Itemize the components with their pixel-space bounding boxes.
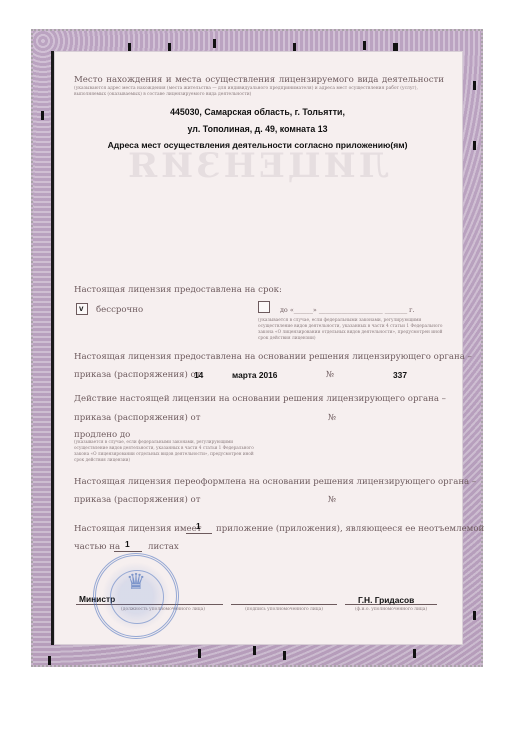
check-mark: v: [79, 304, 83, 313]
unlimited-label: бессрочно: [96, 305, 143, 315]
term-label: Настоящая лицензия предоставлена на срок…: [74, 285, 282, 295]
reissue-line-1: Настоящая лицензия переоформлена на осно…: [74, 477, 476, 487]
official-seal: ♛: [93, 553, 179, 639]
grant-number: 337: [393, 370, 407, 380]
appendix-count: 1: [196, 521, 201, 531]
grant-order-label: приказа (распоряжения) от: [74, 370, 201, 380]
address-line-3: Адреса мест осуществления деятельности с…: [0, 140, 515, 150]
name-caption: (ф.и.о. уполномоченного лица): [345, 607, 437, 613]
extension-line-1: Действие настоящей лицензии на основании…: [74, 394, 446, 404]
address-line-1: 445030, Самарская область, г. Тольятти,: [0, 107, 515, 117]
appendix-suffix: приложение (приложения), являющееся ее н…: [216, 524, 484, 534]
appendix-pages: 1: [125, 539, 130, 549]
extension-order-label: приказа (распоряжения) от: [74, 413, 201, 423]
grant-day: 14: [194, 370, 203, 380]
signature-caption: (подпись уполномоченного лица): [231, 607, 337, 613]
until-date-note: (указывается в случае, если федеральными…: [258, 318, 454, 342]
unlimited-checkbox[interactable]: v: [76, 303, 88, 315]
until-date-checkbox[interactable]: [258, 301, 270, 313]
appendix-count-line: [186, 533, 212, 534]
reissue-number-label: №: [328, 495, 336, 505]
until-date-field: до «______» ____________________ _______…: [280, 306, 415, 314]
address-line-2: ул. Тополиная, д. 49, комната 13: [0, 124, 515, 134]
extension-number-label: №: [328, 413, 336, 423]
show-through-title: ЛИЦЕНЗИЯ: [51, 146, 463, 186]
location-note: (указываются адрес места нахождения (мес…: [74, 86, 444, 98]
appendix-pages-suffix: листах: [148, 542, 179, 552]
reissue-order-label: приказа (распоряжения) от: [74, 495, 201, 505]
grant-number-label: №: [326, 370, 334, 380]
appendix-prefix: Настоящая лицензия имеет: [74, 524, 201, 534]
signature-line: [231, 604, 337, 605]
location-heading: Место нахождения и места осуществления л…: [74, 75, 444, 85]
grant-line-1: Настоящая лицензия предоставлена на осно…: [74, 352, 472, 362]
extension-note: (указывается в случае, если федеральными…: [74, 439, 259, 463]
grant-month-year: марта 2016: [232, 370, 277, 380]
eagle-emblem-icon: ♛: [96, 570, 176, 595]
signer-name: Г.Н. Гридасов: [358, 595, 414, 605]
appendix-pages-line: [114, 551, 142, 552]
